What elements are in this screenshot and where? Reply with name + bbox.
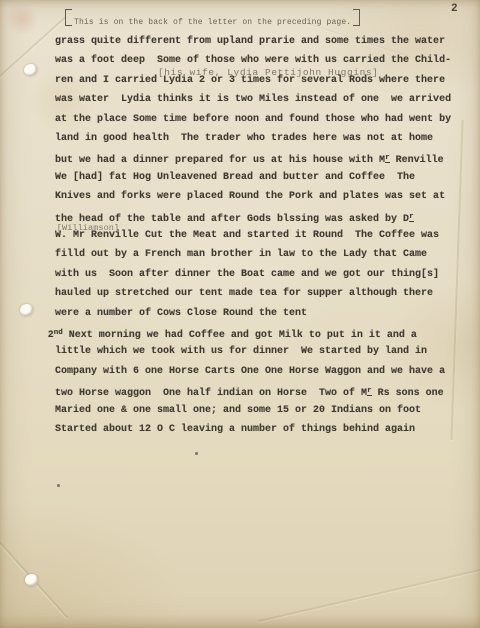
typed-text: filld out by a French man brother in law… [55,249,427,260]
typed-line: were a number of Cows Close Round the te… [55,308,307,320]
typed-text: Maried one & one small one; and some 15 … [55,405,421,416]
typed-text: Started about 12 O C leaving a number of… [55,424,415,435]
typed-text: little which we took with us for dinner … [55,346,427,357]
typed-text: was a foot deep Some of those who were w… [55,55,451,66]
typed-text: at the place Some time before noon and f… [55,114,451,125]
typed-line: but we had a dinner prepared for us at h… [55,152,444,167]
typed-text: two Horse waggon One half indian on Hors… [55,388,367,399]
typed-line: was water Lydia thinks it is two Miles i… [55,94,451,106]
typed-text: We [had] fat Hog Unleavened Bread and bu… [55,172,415,183]
typed-text: hauled up stretched our tent made tea fo… [55,288,433,299]
typed-line: grass quite different from upland prarie… [55,36,445,48]
typed-text: grass quite different from upland prarie… [55,36,445,47]
typed-line: Knives and forks were placed Round the P… [55,191,445,203]
typed-text: Rs sons one [372,388,444,399]
typed-text: land in good health The trader who trade… [55,133,433,144]
typed-line: with us Soon after dinner the Boat came … [55,269,439,281]
typed-line: Maried one & one small one; and some 15 … [55,405,421,417]
letter-page: 2 This is on the back of the letter on t… [0,0,480,628]
typed-text: Renville [390,156,444,167]
typed-line: W. Mr Renville Cut the Meat and started … [55,230,439,242]
typed-line: 2nd Next morning we had Coffee and got M… [48,327,417,342]
typed-text: Company with 6 one Horse Carts One One H… [55,366,445,377]
typed-text: Knives and forks were placed Round the P… [55,191,445,202]
typed-line: little which we took with us for dinner … [55,346,427,358]
typed-line: hauled up stretched our tent made tea fo… [55,288,433,300]
typed-text: was water Lydia thinks it is two Miles i… [55,94,451,105]
typed-line: Started about 12 O C leaving a number of… [55,424,415,436]
typed-line: filld out by a French man brother in law… [55,249,427,261]
typed-line: land in good health The trader who trade… [55,133,433,145]
superscript-text: nd [54,329,63,337]
typed-line: at the place Some time before noon and f… [55,114,451,126]
typed-line: We [had] fat Hog Unleavened Bread and bu… [55,172,415,184]
typed-line: two Horse waggon One half indian on Hors… [55,385,444,400]
superscript-text: r [409,213,414,222]
typed-body: grass quite different from upland prarie… [0,0,480,628]
typed-text: W. Mr Renville Cut the Meat and started … [55,230,439,241]
typed-text: but we had a dinner prepared for us at h… [55,156,385,167]
typed-text: ren and I carried Lydia 2 or 3 times for… [55,75,445,86]
typed-line: was a foot deep Some of those who were w… [55,55,451,67]
typed-text: were a number of Cows Close Round the te… [55,308,307,319]
typed-text: with us Soon after dinner the Boat came … [55,269,439,280]
typed-line: ren and I carried Lydia 2 or 3 times for… [55,75,445,87]
typed-text: Next morning we had Coffee and got Milk … [63,330,417,341]
typed-line: Company with 6 one Horse Carts One One H… [55,366,445,378]
